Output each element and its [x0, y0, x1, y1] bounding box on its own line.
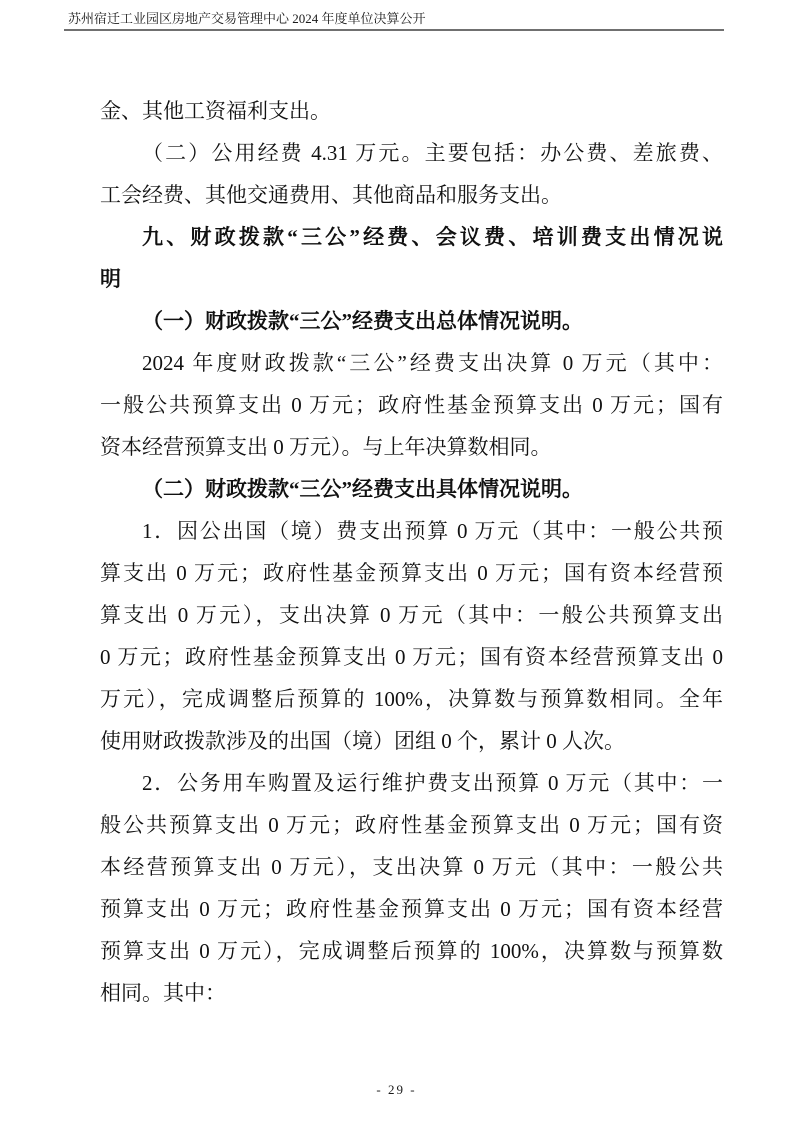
text-line: 0 万元；政府性基金预算支出 0 万元；国有资本经营预算支出 0	[100, 636, 723, 678]
page-number: - 29 -	[376, 1082, 416, 1097]
text-line: 2024 年度财政拨款“三公”经费支出决算 0 万元（其中：	[100, 342, 723, 384]
text-line: 相同。其中：	[100, 972, 723, 1014]
text-line: 金、其他工资福利支出。	[100, 90, 723, 132]
text-line: 本经营预算支出 0 万元），支出决算 0 万元（其中：一般公共	[100, 846, 723, 888]
document-page: 苏州宿迁工业园区房地产交易管理中心 2024 年度单位决算公开 金、其他工资福利…	[0, 0, 793, 1122]
text-line: 1．因公出国（境）费支出预算 0 万元（其中：一般公共预	[100, 510, 723, 552]
header-title: 苏州宿迁工业园区房地产交易管理中心 2024 年度单位决算公开	[64, 11, 724, 26]
text-line: 算支出 0 万元），支出决算 0 万元（其中：一般公共预算支出	[100, 594, 723, 636]
text-line: 九、财政拨款“三公”经费、会议费、培训费支出情况说	[100, 216, 723, 258]
text-line: 使用财政拨款涉及的出国（境）团组 0 个，累计 0 人次。	[100, 720, 723, 762]
text-line: 算支出 0 万元；政府性基金预算支出 0 万元；国有资本经营预	[100, 552, 723, 594]
text-line: （二）公用经费 4.31 万元。主要包括：办公费、差旅费、	[100, 132, 723, 174]
document-body: 金、其他工资福利支出。（二）公用经费 4.31 万元。主要包括：办公费、差旅费、…	[100, 90, 723, 1014]
text-line: （一）财政拨款“三公”经费支出总体情况说明。	[100, 300, 723, 342]
page-header: 苏州宿迁工业园区房地产交易管理中心 2024 年度单位决算公开	[64, 11, 724, 31]
text-line: 般公共预算支出 0 万元；政府性基金预算支出 0 万元；国有资	[100, 804, 723, 846]
text-line: （二）财政拨款“三公”经费支出具体情况说明。	[100, 468, 723, 510]
text-line: 预算支出 0 万元），完成调整后预算的 100%，决算数与预算数	[100, 930, 723, 972]
text-line: 一般公共预算支出 0 万元；政府性基金预算支出 0 万元；国有	[100, 384, 723, 426]
text-line: 工会经费、其他交通费用、其他商品和服务支出。	[100, 174, 723, 216]
text-line: 万元），完成调整后预算的 100%，决算数与预算数相同。全年	[100, 678, 723, 720]
text-line: 预算支出 0 万元；政府性基金预算支出 0 万元；国有资本经营	[100, 888, 723, 930]
text-line: 明	[100, 258, 723, 300]
text-line: 2．公务用车购置及运行维护费支出预算 0 万元（其中：一	[100, 762, 723, 804]
text-line: 资本经营预算支出 0 万元）。与上年决算数相同。	[100, 426, 723, 468]
page-footer: - 29 -	[0, 1081, 793, 1099]
